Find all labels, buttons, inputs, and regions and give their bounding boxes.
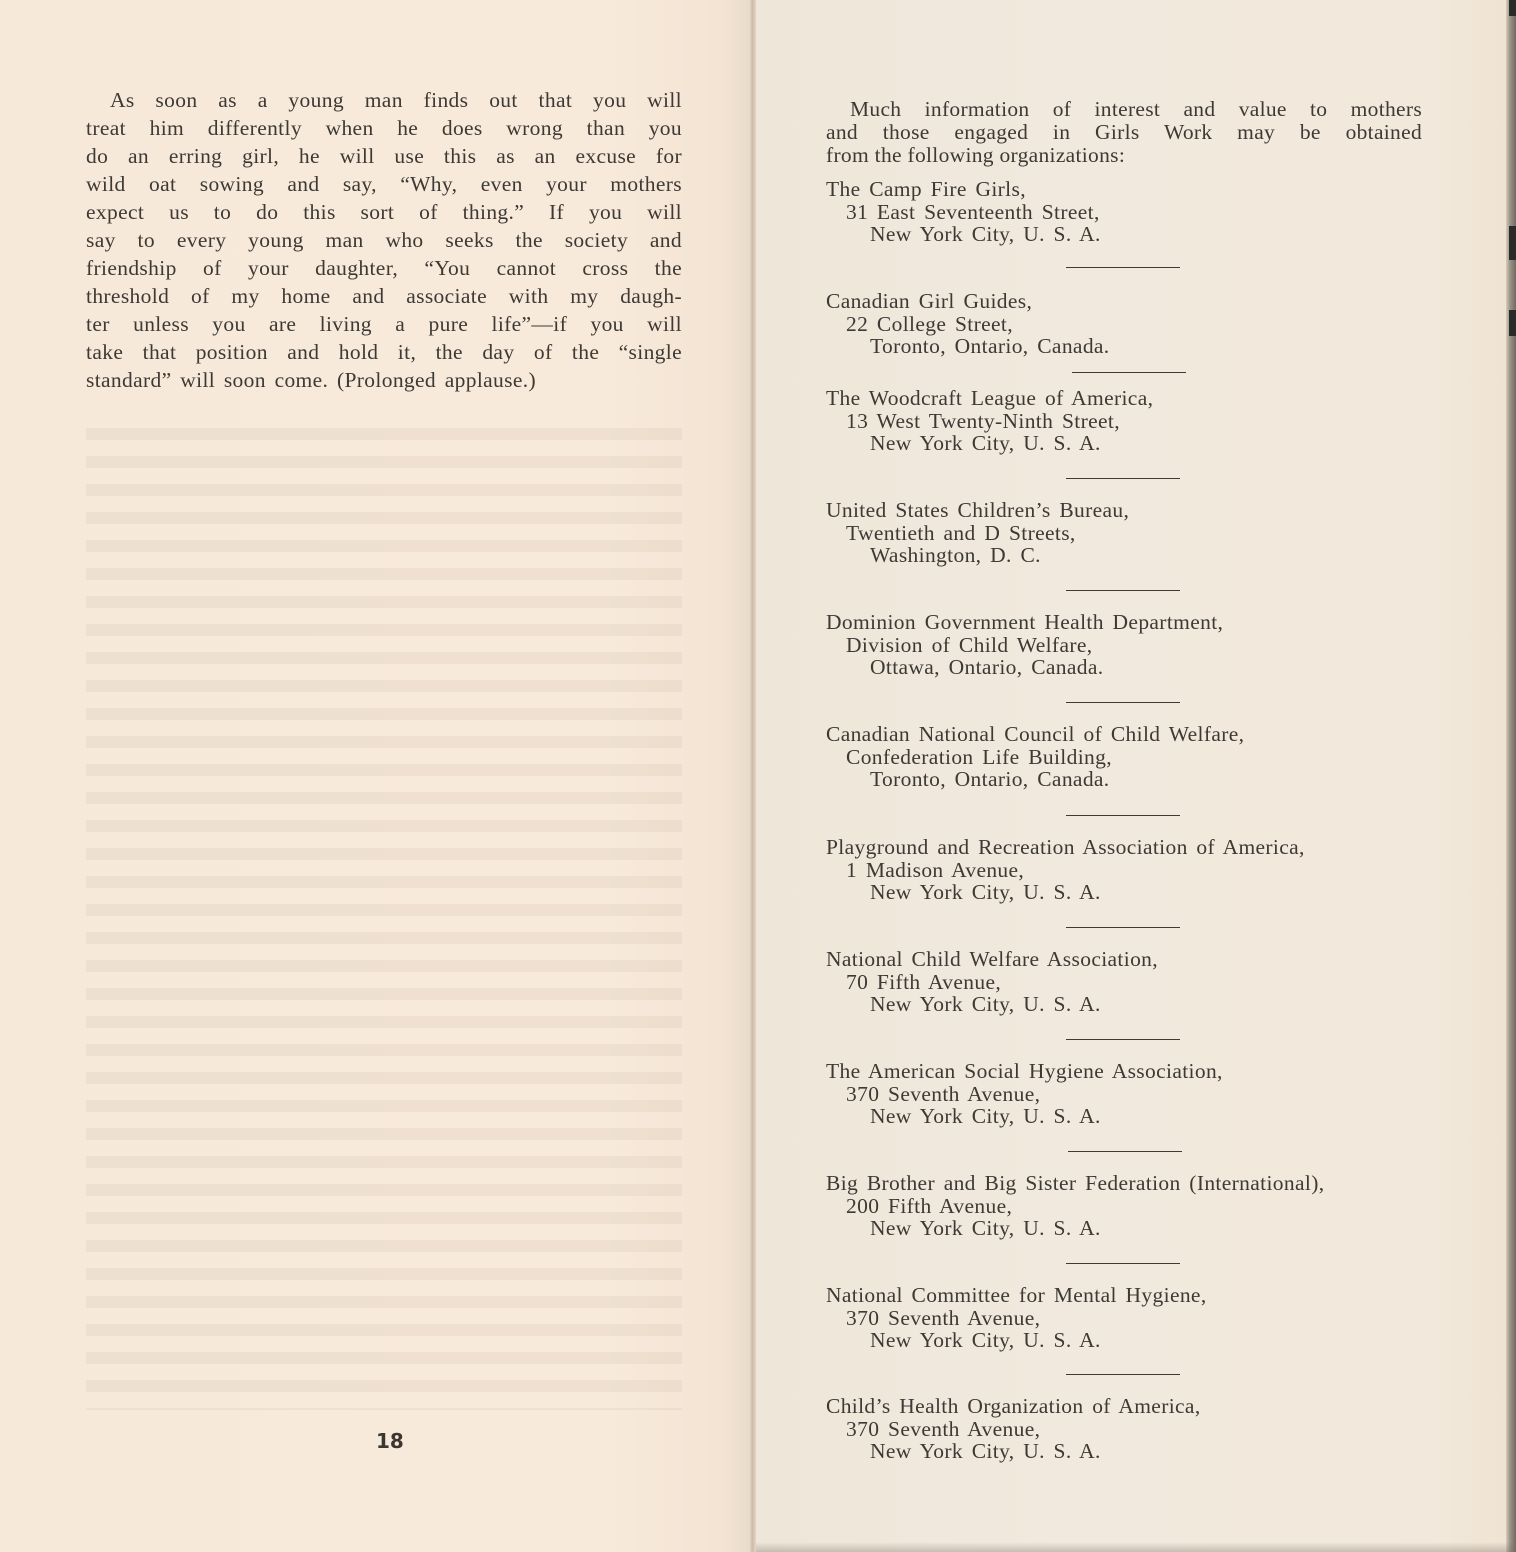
organization-entry: Playground and Recreation Association of… xyxy=(826,836,1446,904)
organization-entry: Canadian National Council of Child Welfa… xyxy=(826,723,1446,791)
organization-city: New York City, U. S. A. xyxy=(826,881,1446,904)
organization-address: 22 College Street, xyxy=(826,313,1446,336)
paragraph-line: say to every young man who seeks the soc… xyxy=(86,226,682,254)
organization-address: 13 West Twenty-Ninth Street, xyxy=(826,410,1446,433)
paragraph-line: treat him differently when he does wrong… xyxy=(86,114,682,142)
edge-shadow-mark xyxy=(1509,226,1516,260)
organization-entry: National Committee for Mental Hygiene, 3… xyxy=(826,1284,1446,1352)
organization-address: 370 Seventh Avenue, xyxy=(826,1083,1446,1106)
organization-name: Big Brother and Big Sister Federation (I… xyxy=(826,1172,1446,1195)
left-page: As soon as a young man finds out that yo… xyxy=(0,0,752,1552)
divider-rule xyxy=(1066,702,1180,703)
divider-rule xyxy=(1066,1263,1180,1264)
organization-entry: National Child Welfare Association, 70 F… xyxy=(826,948,1446,1016)
organization-name: National Child Welfare Association, xyxy=(826,948,1446,971)
divider-rule xyxy=(1066,590,1180,591)
left-page-paragraph: As soon as a young man finds out that yo… xyxy=(86,86,682,394)
organization-entry: The Camp Fire Girls, 31 East Seventeenth… xyxy=(826,178,1446,246)
organization-city: New York City, U. S. A. xyxy=(826,223,1446,246)
intro-paragraph: Much information of interest and value t… xyxy=(826,98,1422,167)
edge-shadow-mark xyxy=(1509,310,1516,336)
divider-rule xyxy=(1068,1151,1182,1152)
organization-entry: The American Social Hygiene Association,… xyxy=(826,1060,1446,1128)
paragraph-line: wild oat sowing and say, “Why, even your… xyxy=(86,170,682,198)
organization-city: Ottawa, Ontario, Canada. xyxy=(826,656,1446,679)
organization-name: National Committee for Mental Hygiene, xyxy=(826,1284,1446,1307)
edge-shadow-mark xyxy=(1509,0,1516,16)
organization-address: Twentieth and D Streets, xyxy=(826,522,1446,545)
divider-rule xyxy=(1066,927,1180,928)
organization-entry: Canadian Girl Guides, 22 College Street,… xyxy=(826,290,1446,358)
organization-address: 1 Madison Avenue, xyxy=(826,859,1446,882)
booklet-spread: As soon as a young man finds out that yo… xyxy=(0,0,1516,1552)
paragraph-line: ter unless you are living a pure life”—i… xyxy=(86,310,682,338)
intro-line: Much information of interest and value t… xyxy=(826,98,1422,121)
organization-city: Toronto, Ontario, Canada. xyxy=(826,335,1446,358)
divider-rule xyxy=(1066,478,1180,479)
organization-address: 370 Seventh Avenue, xyxy=(826,1418,1446,1441)
organization-city: Washington, D. C. xyxy=(826,544,1446,567)
bleed-through-text xyxy=(86,420,682,1410)
organization-name: Child’s Health Organization of America, xyxy=(826,1395,1446,1418)
paragraph-line: standard” will soon come. (Prolonged app… xyxy=(86,366,682,394)
divider-rule xyxy=(1066,1374,1180,1375)
organization-entry: The Woodcraft League of America, 13 West… xyxy=(826,387,1446,455)
organization-name: Dominion Government Health Department, xyxy=(826,611,1446,634)
organization-address: Division of Child Welfare, xyxy=(826,634,1446,657)
divider-rule xyxy=(1066,815,1180,816)
organization-name: The Camp Fire Girls, xyxy=(826,178,1446,201)
paragraph-line: friendship of your daughter, “You cannot… xyxy=(86,254,682,282)
organization-entry: Big Brother and Big Sister Federation (I… xyxy=(826,1172,1446,1240)
organization-name: The Woodcraft League of America, xyxy=(826,387,1446,410)
organization-address: 70 Fifth Avenue, xyxy=(826,971,1446,994)
paragraph-line: threshold of my home and associate with … xyxy=(86,282,682,310)
page-bottom-shadow xyxy=(756,1542,1516,1552)
organization-entry: Dominion Government Health Department, D… xyxy=(826,611,1446,679)
organization-address: 200 Fifth Avenue, xyxy=(826,1195,1446,1218)
organization-name: Canadian National Council of Child Welfa… xyxy=(826,723,1446,746)
organization-city: New York City, U. S. A. xyxy=(826,1217,1446,1240)
organization-address: 31 East Seventeenth Street, xyxy=(826,201,1446,224)
organization-address: Confederation Life Building, xyxy=(826,746,1446,769)
organization-city: New York City, U. S. A. xyxy=(826,1105,1446,1128)
paragraph-line: expect us to do this sort of thing.” If … xyxy=(86,198,682,226)
organization-city: New York City, U. S. A. xyxy=(826,1440,1446,1463)
paragraph-line: As soon as a young man finds out that yo… xyxy=(86,86,682,114)
intro-line: from the following organizations: xyxy=(826,144,1422,167)
divider-rule xyxy=(1066,1039,1180,1040)
organization-name: United States Children’s Bureau, xyxy=(826,499,1446,522)
organization-address: 370 Seventh Avenue, xyxy=(826,1307,1446,1330)
organization-city: New York City, U. S. A. xyxy=(826,432,1446,455)
divider-rule xyxy=(1072,372,1186,373)
paragraph-line: take that position and hold it, the day … xyxy=(86,338,682,366)
organization-entry: United States Children’s Bureau, Twentie… xyxy=(826,499,1446,567)
divider-rule xyxy=(1066,267,1180,268)
paragraph-line: do an erring girl, he will use this as a… xyxy=(86,142,682,170)
organization-name: Canadian Girl Guides, xyxy=(826,290,1446,313)
organization-city: Toronto, Ontario, Canada. xyxy=(826,768,1446,791)
intro-line: and those engaged in Girls Work may be o… xyxy=(826,121,1422,144)
organization-name: The American Social Hygiene Association, xyxy=(826,1060,1446,1083)
organization-name: Playground and Recreation Association of… xyxy=(826,836,1446,859)
page-number: 18 xyxy=(376,1429,404,1453)
organization-city: New York City, U. S. A. xyxy=(826,993,1446,1016)
organization-entry: Child’s Health Organization of America, … xyxy=(826,1395,1446,1463)
organization-city: New York City, U. S. A. xyxy=(826,1329,1446,1352)
